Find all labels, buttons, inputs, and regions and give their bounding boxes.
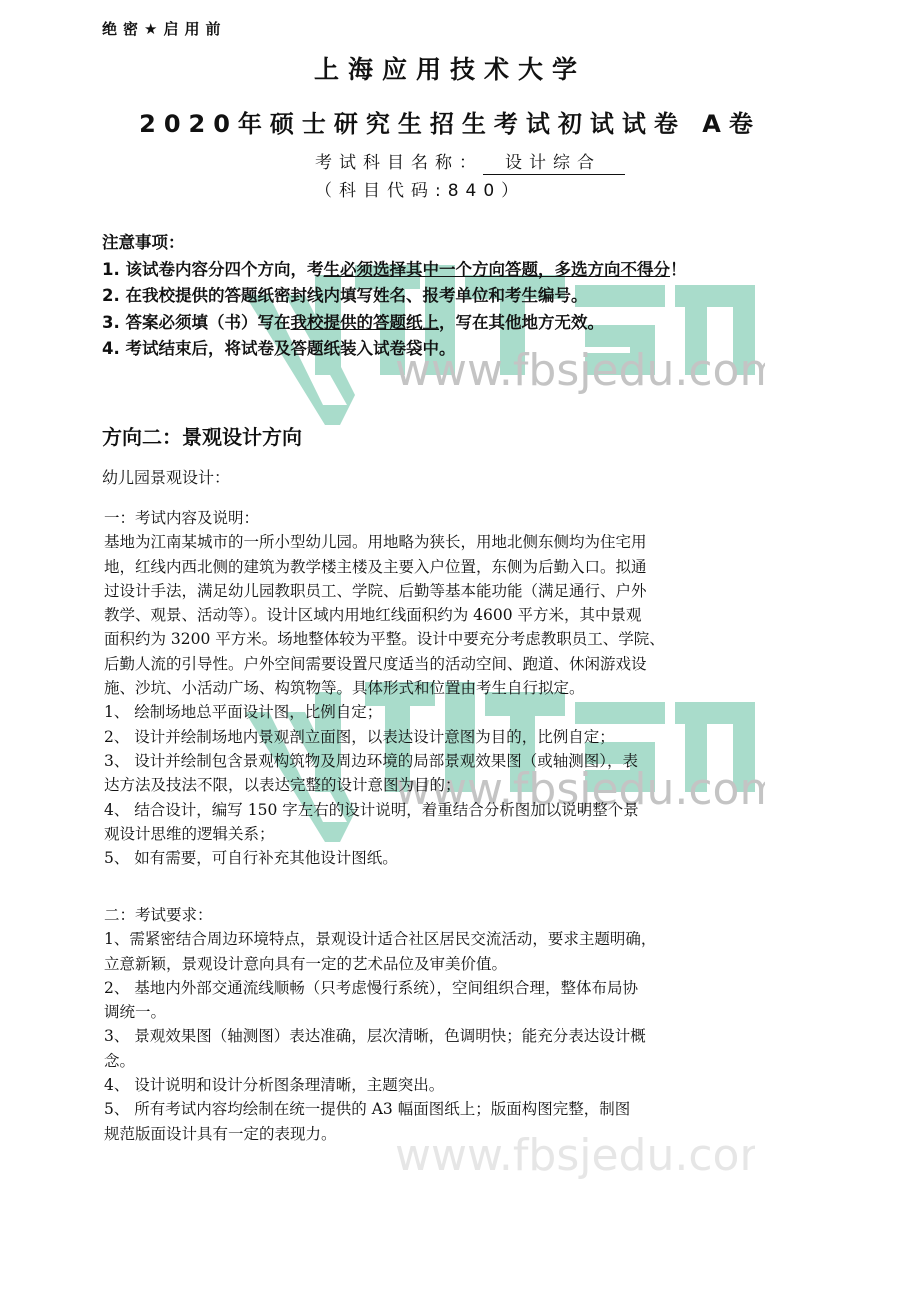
list-item: 调统一。 <box>104 1000 784 1024</box>
list-item: 1、需紧密结合周边环境特点，景观设计适合社区居民交流活动，要求主题明确， <box>104 927 784 951</box>
confidential-mark: 绝密★启用前 <box>102 18 226 39</box>
paragraph-line: 过设计手法，满足幼儿园教职员工、学院、后勤等基本能功能（满足通行、户外 <box>104 579 784 603</box>
subject-line: 考试科目名称：设计综合 <box>315 148 625 175</box>
note-item: 3. 答案必须填（书）写在我校提供的答题纸上，写在其他地方无效。 <box>102 310 822 337</box>
list-item: 4、 结合设计，编写 150 字左右的设计说明，着重结合分析图加以说明整个景 <box>104 798 784 822</box>
paragraph-line: 施、沙坑、小活动广场、构筑物等。具体形式和位置由考生自行拟定。 <box>104 676 784 700</box>
notes-title: 注意事项： <box>102 230 822 257</box>
paragraph-line: 后勤人流的引导性。户外空间需要设置尺度适当的活动空间、跑道、休闲游戏设 <box>104 652 784 676</box>
subject-label: 考试科目名称： <box>315 153 483 173</box>
section-title: 一：考试内容及说明： <box>104 506 784 530</box>
paragraph-line: 教学、观景、活动等）。设计区域内用地红线面积约为 4600 平方米，其中景观 <box>104 603 784 627</box>
direction-title: 方向二：景观设计方向 <box>102 421 302 450</box>
list-item: 3、 设计并绘制包含景观构筑物及周边环境的局部景观效果图（或轴测图），表 <box>104 749 784 773</box>
list-item: 2、 设计并绘制场地内景观剖立面图，以表达设计意图为目的，比例自定； <box>104 725 784 749</box>
list-item: 立意新颖，景观设计意向具有一定的艺术品位及审美价值。 <box>104 952 784 976</box>
university-name: 上海应用技术大学 <box>0 50 900 86</box>
list-item: 2、 基地内外部交通流线顺畅（只考虑慢行系统），空间组织合理，整体布局协 <box>104 976 784 1000</box>
list-item: 5、 所有考试内容均绘制在统一提供的 A3 幅面图纸上；版面构图完整，制图 <box>104 1097 784 1121</box>
paragraph-line: 地，红线内西北侧的建筑为教学楼主楼及主要入户位置，东侧为后勤入口。拟通 <box>104 555 784 579</box>
note-item: 4. 考试结束后，将试卷及答题纸装入试卷袋中。 <box>102 336 822 363</box>
list-item: 1、 绘制场地总平面设计图，比例自定； <box>104 700 784 724</box>
paragraph-line: 基地为江南某城市的一所小型幼儿园。用地略为狭长，用地北侧东侧均为住宅用 <box>104 530 784 554</box>
section-content-description: 一：考试内容及说明： 基地为江南某城市的一所小型幼儿园。用地略为狭长，用地北侧东… <box>104 506 784 870</box>
list-item: 达方法及技法不限，以表达完整的设计意图为目的； <box>104 773 784 797</box>
exam-title: 2020年硕士研究生招生考试初试试卷 A卷 <box>0 104 900 139</box>
section-requirements: 二：考试要求： 1、需紧密结合周边环境特点，景观设计适合社区居民交流活动，要求主… <box>104 903 784 1146</box>
paragraph-line: 面积约为 3200 平方米。场地整体较为平整。设计中要充分考虑教职员工、学院、 <box>104 627 784 651</box>
list-item: 5、 如有需要，可自行补充其他设计图纸。 <box>104 846 784 870</box>
list-item: 4、 设计说明和设计分析图条理清晰，主题突出。 <box>104 1073 784 1097</box>
direction-subtitle: 幼儿园景观设计： <box>102 465 230 488</box>
subject-name: 设计综合 <box>483 148 625 175</box>
list-item: 3、 景观效果图（轴测图）表达准确，层次清晰，色调明快；能充分表达设计概 <box>104 1024 784 1048</box>
list-item: 观设计思维的逻辑关系； <box>104 822 784 846</box>
note-item: 1. 该试卷内容分四个方向，考生必须选择其中一个方向答题，多选方向不得分！ <box>102 257 822 284</box>
note-item: 2. 在我校提供的答题纸密封线内填写姓名、报考单位和考生编号。 <box>102 283 822 310</box>
list-item: 念。 <box>104 1049 784 1073</box>
list-item: 规范版面设计具有一定的表现力。 <box>104 1122 784 1146</box>
subject-code: （科目代码:840） <box>315 176 525 201</box>
section-title: 二：考试要求： <box>104 903 784 927</box>
notes-section: 注意事项： 1. 该试卷内容分四个方向，考生必须选择其中一个方向答题，多选方向不… <box>102 230 822 363</box>
